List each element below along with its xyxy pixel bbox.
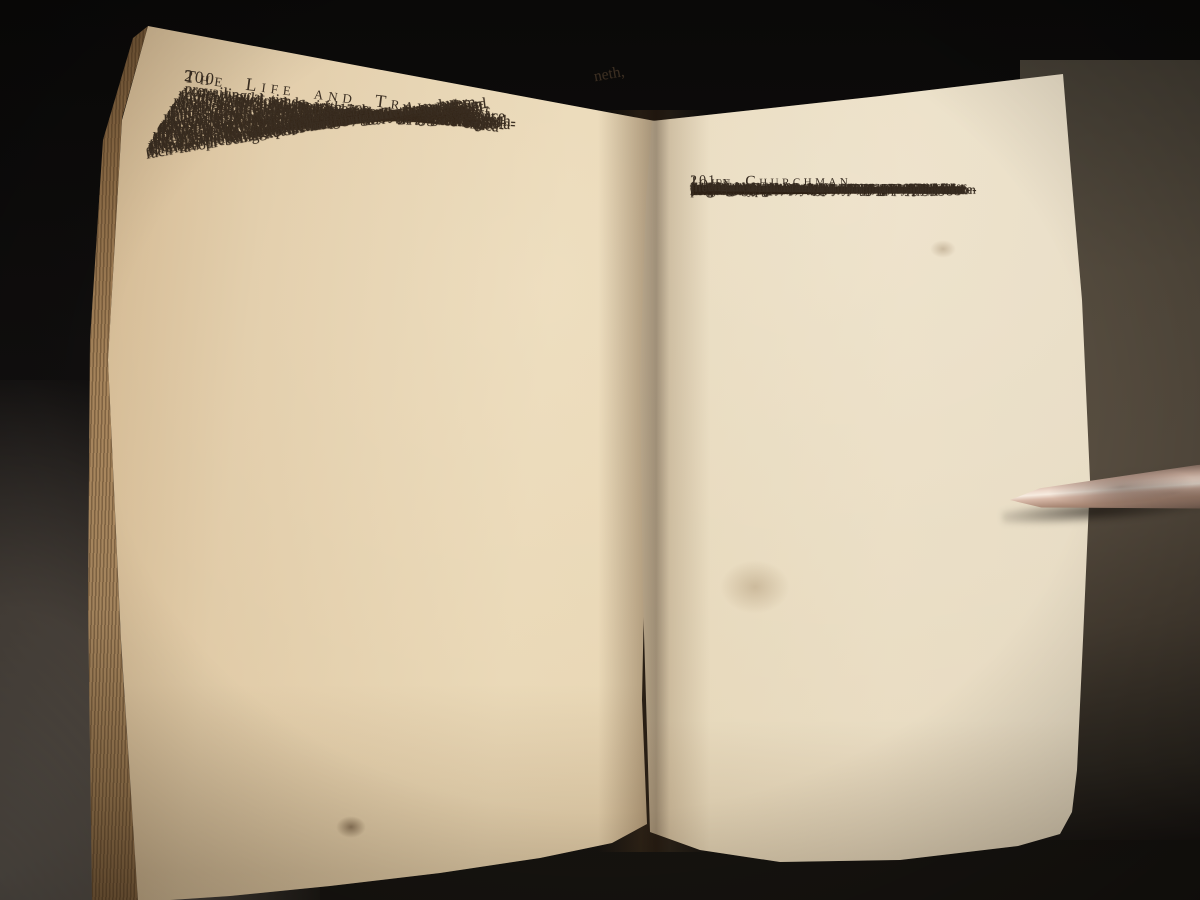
right-page-text: of John Churchman. 201 neth, but of God … [690,172,1066,832]
catchword: the [690,180,707,196]
signature-mark: D d [840,181,865,197]
left-page-text: 200 The Life and Travels prevailing at t… [170,94,626,894]
book-photo: 200 The Life and Travels prevailing at t… [0,0,1200,900]
text-line: among them, tho’ they felt a time of dea… [692,179,1068,184]
